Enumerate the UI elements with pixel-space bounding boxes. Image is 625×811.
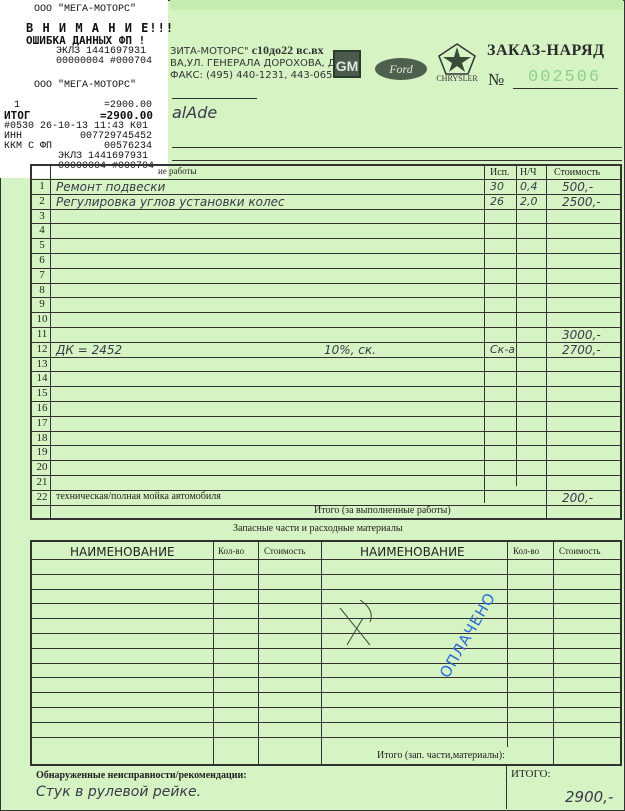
ford-logo-icon: Ford: [375, 58, 427, 80]
work-cost: 2700,-: [562, 343, 601, 357]
table-row: 9: [32, 298, 620, 313]
col-divider: [213, 542, 214, 764]
table-row: 15: [32, 387, 620, 402]
header-cost: Стоимость: [554, 167, 600, 178]
company-name: ЗИТА-МОТОРС": [170, 46, 249, 57]
table-row: 113000,-: [32, 328, 620, 343]
row-number: 2: [32, 195, 52, 207]
parts-header-name-right: НАИМЕНОВАНИЕ: [360, 545, 465, 559]
col-divider: [553, 542, 554, 764]
grand-total-value: 2900,-: [565, 788, 613, 806]
row-divider: [32, 603, 620, 604]
receipt-company-2: ООО "МЕГА-МОТОРС": [34, 80, 136, 91]
parts-caption: Запасные части и расходные материалы: [233, 523, 403, 534]
parts-header-qty-left: Кол-во: [218, 546, 244, 556]
table-row: 3: [32, 210, 620, 225]
footer-divider: [506, 766, 507, 809]
row-number: 18: [32, 432, 52, 444]
number-underline: [513, 88, 618, 89]
gm-logo-icon: GM: [333, 50, 361, 78]
row-divider: [32, 707, 620, 708]
table-row: 5: [32, 239, 620, 254]
parts-header-name-left: НАИМЕНОВАНИЕ: [70, 545, 175, 559]
row-number: 19: [32, 446, 52, 458]
table-row: 21: [32, 476, 620, 491]
company-phone: ФАКС: (495) 440-1231, 443-0658: [170, 70, 339, 81]
defects-value: Стук в рулевой рейке.: [36, 784, 201, 800]
table-row: 12ДК = 245210%, ск.Ск-а2700,-: [32, 343, 620, 358]
table-row: 6: [32, 254, 620, 269]
number-label: №: [488, 70, 504, 90]
work-name: техническая/полная мойка автомобиля: [56, 491, 221, 502]
table-row: 10: [32, 313, 620, 328]
table-row: 16: [32, 402, 620, 417]
parts-total-label: Итого (зап. части,материалы):: [377, 750, 505, 761]
company-address: ВА,УЛ. ГЕНЕРАЛА ДОРОХОВА, Д.5: [170, 58, 345, 69]
row-divider: [32, 633, 620, 634]
row-number: 14: [32, 372, 52, 384]
table-row: 1Ремонт подвески300,4500,-: [32, 180, 620, 195]
row-number: 16: [32, 402, 52, 414]
work-hours: 2,0: [520, 195, 538, 208]
receipt-code: 00000004 #000704: [56, 56, 152, 67]
col-divider: [321, 542, 322, 764]
table-row: 22техническая/полная мойка автомобиля200…: [32, 491, 620, 506]
grand-total-label: ИТОГО:: [511, 768, 551, 780]
table-row: 7: [32, 269, 620, 284]
work-executor: 30: [490, 180, 504, 193]
table-row: 17: [32, 417, 620, 432]
work-hours: 0,4: [520, 180, 538, 193]
work-executor: Ск-а: [490, 343, 515, 356]
works-total-label: Итого (за выполненные работы): [314, 505, 451, 516]
row-number: 1: [32, 180, 52, 192]
work-name: ДК = 2452: [56, 343, 122, 357]
row-number: 12: [32, 343, 52, 355]
row-number: 4: [32, 224, 52, 236]
handwritten-cross-mark: [335, 600, 385, 660]
parts-header-cost-left: Стоимость: [264, 546, 305, 556]
header-rule: [172, 98, 257, 99]
work-name: Регулировка углов установки колес: [56, 195, 285, 209]
col-divider: [258, 542, 259, 764]
col-divider: [507, 542, 508, 747]
row-divider: [32, 648, 620, 649]
receipt-total-amount: =2900.00: [100, 110, 153, 121]
table-row: 18: [32, 432, 620, 447]
document-title: ЗАКАЗ-НАРЯД: [487, 42, 605, 60]
receipt-warning: В Н И М А Н И Е!!!: [26, 23, 174, 34]
parts-header-cost-right: Стоимость: [559, 546, 600, 556]
work-name: Ремонт подвески: [56, 180, 165, 194]
header-rule-3: [172, 160, 622, 161]
defects-label: Обнаруженные неисправности/рекомендации:: [36, 770, 247, 781]
cash-receipt: ООО "МЕГА-МОТОРС" В Н И М А Н И Е!!! ОШИ…: [0, 0, 168, 178]
row-number: 22: [32, 491, 52, 503]
work-cost: 500,-: [562, 180, 593, 194]
row-number: 5: [32, 239, 52, 251]
work-executor: 26: [490, 195, 504, 208]
row-divider: [32, 737, 620, 738]
row-number: 8: [32, 284, 52, 296]
parts-table: НАИМЕНОВАНИЕ Кол-во Стоимость НАИМЕНОВАН…: [30, 540, 622, 766]
parts-header-qty-right: Кол-во: [513, 546, 539, 556]
row-divider: [32, 559, 620, 560]
row-number: 3: [32, 210, 52, 222]
order-number: 002506: [528, 68, 601, 87]
row-number: 13: [32, 358, 52, 370]
row-number: 10: [32, 313, 52, 325]
table-row: 14: [32, 372, 620, 387]
company-info: ЗИТА-МОТОРС" с10до22 вс.вх ВА,УЛ. ГЕНЕРА…: [170, 44, 345, 82]
row-divider: [32, 618, 620, 619]
header-hours: Н/Ч: [520, 167, 537, 178]
works-table: Исп. Н/Ч Стоимость 1Ремонт подвески300,4…: [30, 164, 622, 520]
work-cost: 2500,-: [562, 195, 601, 209]
work-cost: 200,-: [562, 491, 593, 505]
receipt-company: ООО "МЕГА-МОТОРС": [34, 4, 136, 15]
receipt-error: ОШИБКА ДАННЫХ ФП !: [26, 35, 145, 46]
row-divider: [32, 677, 620, 678]
top-strip: [170, 0, 623, 10]
row-number: 7: [32, 269, 52, 281]
row-number: 17: [32, 417, 52, 429]
row-divider: [32, 663, 620, 664]
hours-note: с10до22 вс.вх: [252, 43, 324, 57]
row-divider: [32, 574, 620, 575]
row-divider: [32, 692, 620, 693]
receipt-total-label: ИТОГ: [4, 110, 31, 121]
table-row: 19: [32, 446, 620, 461]
table-row: 2Регулировка углов установки колес262,02…: [32, 195, 620, 210]
receipt-kkm-label: ККМ С ФП: [4, 141, 52, 152]
header-rule-2: [172, 147, 622, 148]
row-number: 11: [32, 328, 52, 340]
row-number: 20: [32, 461, 52, 473]
car-model: alAde: [172, 103, 217, 122]
table-row: 8: [32, 284, 620, 299]
row-number: 6: [32, 254, 52, 266]
work-note: 10%, ск.: [324, 343, 376, 357]
table-row: 13: [32, 358, 620, 373]
chrysler-logo-icon: CHRYSLER: [437, 43, 477, 83]
header-executor: Исп.: [490, 167, 510, 178]
work-cost: 3000,-: [562, 328, 601, 342]
row-number: 9: [32, 298, 52, 310]
table-row: 4: [32, 224, 620, 239]
row-divider: [32, 722, 620, 723]
row-number: 21: [32, 476, 52, 488]
table-row: 20: [32, 461, 620, 476]
row-divider: [32, 589, 620, 590]
row-number: 15: [32, 387, 52, 399]
chrysler-label: CHRYSLER: [433, 74, 481, 83]
